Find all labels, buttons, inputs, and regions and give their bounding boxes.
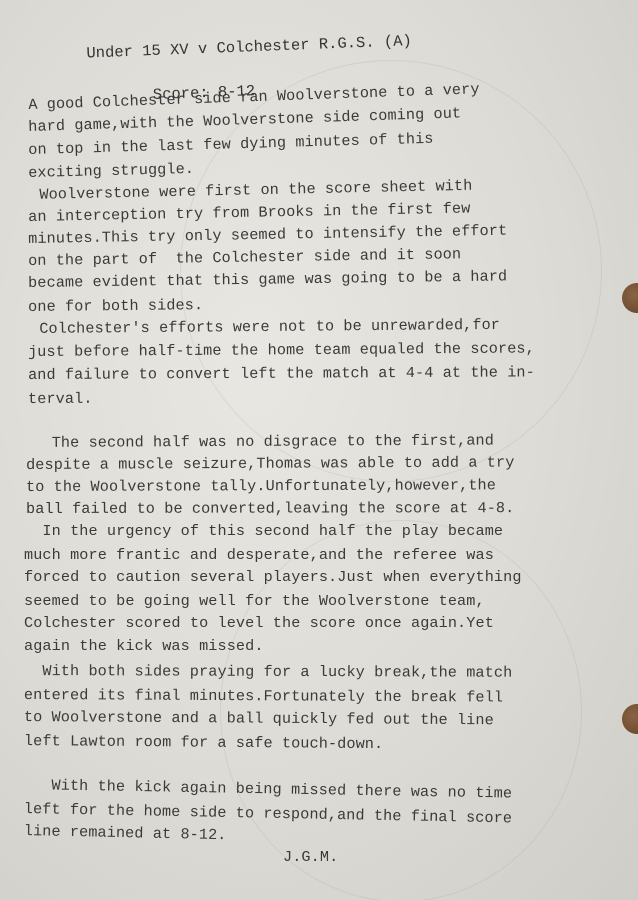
typed-document-page: Under 15 XV v Colchester R.G.S. (A) Scor…	[0, 0, 638, 900]
report-line: left Lawton room for a safe touch-down.	[24, 732, 384, 753]
report-line: on the part of the Colchester side and i…	[28, 245, 461, 270]
author-signature: J.G.M.	[283, 848, 338, 866]
report-line: forced to caution several players.Just w…	[24, 568, 522, 586]
report-line: became evident that this game was going …	[28, 267, 507, 292]
report-line: line remained at 8-12.	[24, 822, 227, 844]
report-line: to Woolverstone and a ball quickly fed o…	[24, 708, 494, 729]
report-line: minutes.This try only seemed to intensif…	[28, 222, 507, 248]
report-line: With both sides praying for a lucky brea…	[24, 662, 512, 682]
report-line: again the kick was missed.	[24, 637, 264, 655]
report-line: just before half-time the home team equa…	[28, 339, 535, 361]
report-line: much more frantic and desperate,and the …	[24, 546, 494, 564]
report-line: The second half was no disgrace to the f…	[24, 432, 494, 452]
report-line: one for both sides.	[28, 296, 203, 316]
report-line: despite a muscle seizure,Thomas was able…	[26, 453, 514, 474]
punch-hole	[622, 704, 638, 734]
report-line: In the urgency of this second half the p…	[24, 522, 503, 540]
report-line: an interception try from Brooks in the f…	[28, 200, 471, 226]
report-line: Colchester scored to level the score onc…	[24, 614, 494, 632]
match-title: Under 15 XV v Colchester R.G.S. (A)	[86, 32, 412, 62]
report-line: Colchester's efforts were not to be unre…	[30, 316, 500, 338]
punch-hole	[622, 283, 638, 313]
report-line: With the kick again being missed there w…	[24, 776, 513, 803]
report-line: and failure to convert left the match at…	[28, 363, 535, 384]
report-line: exciting struggle.	[28, 160, 194, 182]
report-line: to the Woolverstone tally.Unfortunately,…	[26, 476, 496, 496]
report-line: seemed to be going well for the Woolvers…	[24, 592, 485, 610]
report-line: ball failed to be converted,leaving the …	[26, 499, 514, 518]
report-line: terval.	[28, 390, 93, 408]
report-line: entered its final minutes.Fortunately th…	[24, 686, 503, 707]
